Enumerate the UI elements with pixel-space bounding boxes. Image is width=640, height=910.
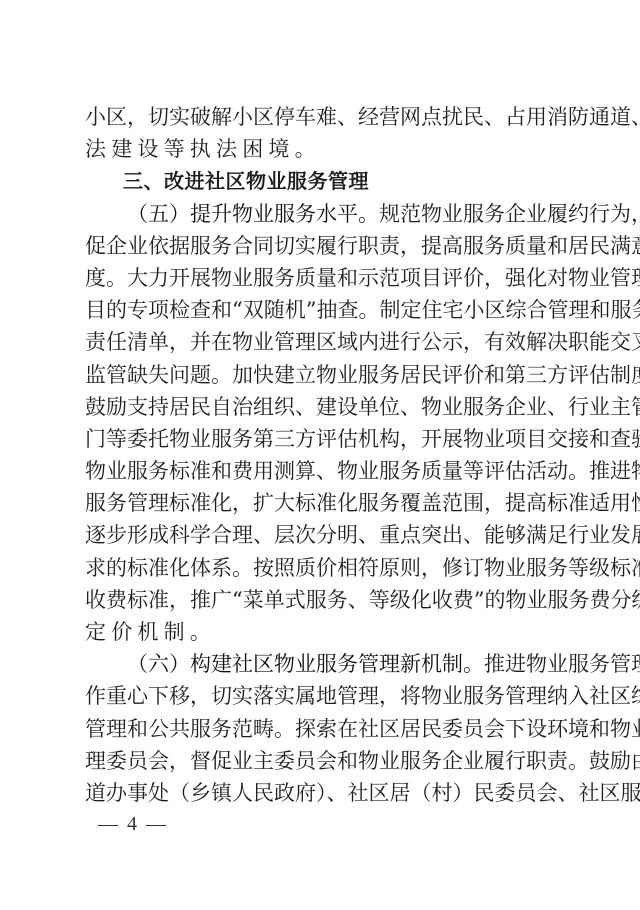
body-line: 小区，切实破解小区停车难、经营网点扰民、占用消防通道、违 bbox=[85, 101, 565, 133]
body-line: 道办事处（乡镇人民政府）、社区居（村）民委员会、社区服务 bbox=[85, 777, 565, 809]
body-line: 门等委托物业服务第三方评估机构，开展物业项目交接和查验、 bbox=[85, 423, 565, 455]
body-line: 监管缺失问题。加快建立物业服务居民评价和第三方评估制度， bbox=[85, 359, 565, 391]
body-line: 作重心下移，切实落实属地管理，将物业服务管理纳入社区综合 bbox=[85, 680, 565, 712]
body-line: 定价机制。 bbox=[85, 616, 565, 648]
body-line: 理委员会，督促业主委员会和物业服务企业履行职责。鼓励由街 bbox=[85, 745, 565, 777]
body-line: 责任清单，并在物业管理区域内进行公示，有效解决职能交叉和 bbox=[85, 326, 565, 358]
body-line: 服务管理标准化，扩大标准化服务覆盖范围，提高标准适用性， bbox=[85, 487, 565, 519]
paragraph-start-line: （五）提升物业服务水平。规范物业服务企业履约行为，督 bbox=[85, 198, 565, 230]
subsection-title: （六）构建社区物业服务管理新机制。 bbox=[127, 652, 484, 676]
section-heading: 三、改进社区物业服务管理 bbox=[85, 165, 565, 197]
body-text: 推进物业服务管理工 bbox=[484, 652, 640, 676]
subsection-title: （五）提升物业服务水平。 bbox=[127, 202, 379, 226]
body-line: 管理和公共服务范畴。探索在社区居民委员会下设环境和物业管 bbox=[85, 713, 565, 745]
body-line: 鼓励支持居民自治组织、建设单位、物业服务企业、行业主管部 bbox=[85, 391, 565, 423]
body-line: 物业服务标准和费用测算、物业服务质量等评估活动。推进物业 bbox=[85, 455, 565, 487]
body-line: 法建设等执法困境。 bbox=[85, 133, 565, 165]
body-line: 度。大力开展物业服务质量和示范项目评价，强化对物业管理项 bbox=[85, 262, 565, 294]
document-page: 小区，切实破解小区停车难、经营网点扰民、占用消防通道、违 法建设等执法困境。 三… bbox=[0, 0, 640, 910]
document-body: 小区，切实破解小区停车难、经营网点扰民、占用消防通道、违 法建设等执法困境。 三… bbox=[85, 101, 565, 809]
page-number: — 4 — bbox=[98, 813, 168, 836]
body-line: 求的标准化体系。按照质价相符原则，修订物业服务等级标准和 bbox=[85, 552, 565, 584]
body-text: 规范物业服务企业履约行为，督 bbox=[379, 202, 640, 226]
body-line: 收费标准，推广“菜单式服务、等级化收费”的物业服务费分级 bbox=[85, 584, 565, 616]
paragraph-start-line: （六）构建社区物业服务管理新机制。推进物业服务管理工 bbox=[85, 648, 565, 680]
body-line: 目的专项检查和“双随机”抽查。制定住宅小区综合管理和服务 bbox=[85, 294, 565, 326]
body-line: 促企业依据服务合同切实履行职责，提高服务质量和居民满意 bbox=[85, 230, 565, 262]
body-line: 逐步形成科学合理、层次分明、重点突出、能够满足行业发展要 bbox=[85, 519, 565, 551]
